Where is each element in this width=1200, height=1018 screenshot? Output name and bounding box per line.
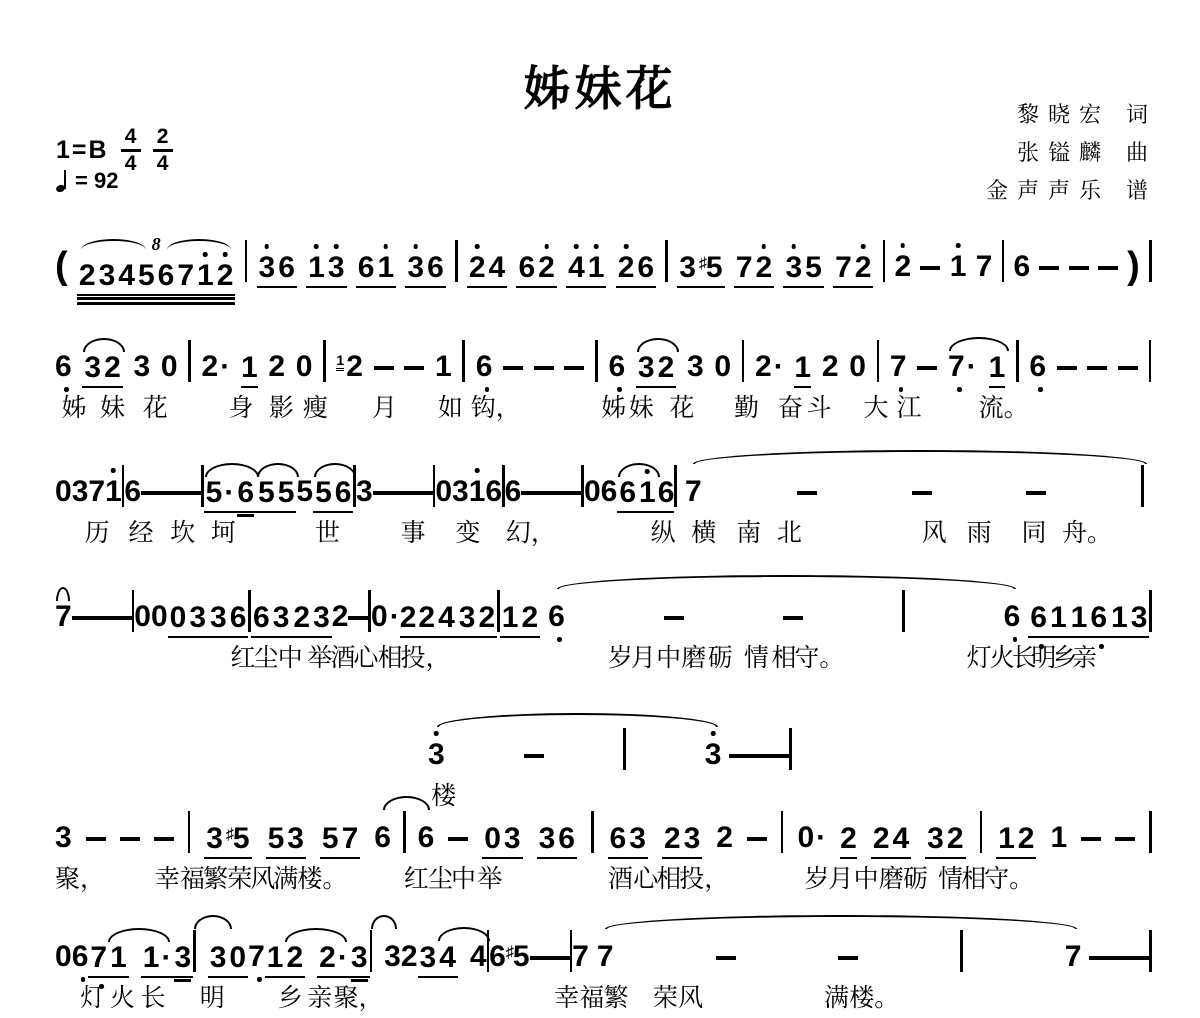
note: 6 (358, 253, 375, 283)
note: 1 (267, 943, 284, 973)
dash-note (521, 491, 541, 495)
note: 1 (197, 261, 214, 291)
dash-note (181, 491, 201, 495)
note: 0 (296, 352, 313, 382)
dash-note (920, 266, 940, 270)
lyric-syllable: 繁 (203, 859, 228, 895)
lyric-syllable: 心 (353, 638, 378, 674)
meter-numerator: 2 (157, 126, 169, 147)
note: 2 (538, 253, 555, 283)
note: 3 (504, 824, 521, 854)
dash-note (797, 491, 817, 495)
note: 7 (685, 477, 702, 507)
barline (781, 811, 784, 853)
note: 5 (296, 477, 313, 507)
beam-group: 32 (636, 353, 676, 388)
lyric-syllable: 中 (278, 638, 303, 674)
lyric-syllable: 坷 (211, 513, 236, 549)
sharp-sign: ♯ (506, 944, 514, 961)
lyric-syllable: 守。 (794, 638, 844, 674)
note: 3 (174, 943, 191, 973)
note: 3 (210, 603, 227, 633)
barline (902, 590, 905, 632)
note: 0· (371, 602, 400, 632)
lyric-syllable: 经 (128, 513, 153, 549)
lyric-syllable: 月 (372, 388, 397, 424)
beam-group: 12 (996, 824, 1036, 859)
lyric-syllable: 举 (307, 638, 332, 674)
music-line-7: 06711·3307122·3323446♯5777灯火长明乡亲聚，幸福繁荣风满… (55, 912, 1152, 1010)
note: 6 (335, 478, 352, 508)
octave-dot-high (265, 244, 270, 249)
lyric-syllable: 舟。 (1062, 513, 1112, 549)
octave-dot-high (413, 244, 418, 249)
lyric-syllable: 坎 (170, 513, 195, 549)
beam-group: 30 (208, 943, 248, 978)
beam-group: 61 (356, 253, 396, 288)
note: 7 (88, 477, 105, 507)
lyric-syllable: 身 (228, 388, 253, 424)
barline (188, 811, 191, 853)
note: 1 (588, 253, 605, 283)
augmentation-dot: · (390, 600, 400, 633)
lyric-syllable: 影 (269, 388, 294, 424)
lyric-syllable: 亲 (1072, 638, 1097, 674)
note: 2 (855, 253, 872, 283)
dash-note (413, 491, 433, 495)
lyric-syllable: 岁 (608, 638, 633, 674)
notation-row: 06711·3307122·3323446♯5777 (55, 912, 1152, 972)
augmentation-dot: · (967, 350, 977, 383)
note: 3 (273, 603, 290, 633)
note: 3 (638, 353, 655, 383)
octave-dot-high (861, 244, 866, 249)
lyric-syllable: 长 (141, 978, 166, 1014)
note: 6 (608, 352, 625, 382)
note: 4 (118, 261, 135, 291)
note: 2 (478, 603, 495, 633)
note: 0 (484, 824, 501, 854)
dash-note (1026, 491, 1046, 495)
beam-group: 23 (291, 603, 331, 638)
beam-group: 2·3 (317, 943, 369, 978)
octave-dot-high (791, 244, 796, 249)
lyric-syllable: 楼。 (297, 859, 347, 895)
dash-note (1129, 956, 1149, 960)
slur-group: 3 (370, 930, 401, 972)
beam-group: 53 (266, 824, 306, 859)
composer-role: 曲 (1126, 140, 1148, 165)
octave-dot-high (762, 244, 767, 249)
slur-group: 61 (617, 478, 657, 507)
key-signature: 1=B (56, 136, 109, 165)
tempo-marking: = 92 (56, 168, 118, 194)
note: 0· (797, 823, 826, 853)
barline (980, 811, 983, 853)
note: 2 (658, 353, 675, 383)
note: 4 (489, 253, 506, 283)
barline (1149, 340, 1152, 382)
note: 0 (435, 477, 452, 507)
note: 7 (835, 253, 852, 283)
lyric-syllable: 姊 (601, 388, 626, 424)
note: 3 (384, 942, 401, 972)
note: 1 (241, 353, 258, 388)
dash-note (729, 754, 749, 758)
note: 0 (229, 943, 246, 973)
lyric-syllable: 风 (922, 513, 947, 549)
lyric-syllable: 红 (404, 859, 429, 895)
dash-note (1115, 837, 1135, 841)
lyric-syllable: 横 (691, 513, 716, 549)
lyric-syllable: 江 (896, 388, 921, 424)
note: 2 (268, 352, 285, 382)
dash-note (917, 366, 937, 370)
lyric-syllable: 花 (669, 388, 694, 424)
note: 1 (435, 352, 452, 382)
lyric-syllable: 大 (863, 388, 888, 424)
note: 7 (597, 942, 614, 972)
dash-note (1118, 366, 1138, 370)
note: 7 (890, 352, 907, 382)
note: 3 (705, 740, 722, 770)
octave-dot-high (711, 731, 716, 736)
beam-group: 24 (871, 824, 911, 859)
note: 1 (989, 353, 1006, 388)
beam-group: 12 (265, 943, 305, 978)
lyrics-row: 红尘中举酒心相投，岁月中磨砺情相守。灯火长明乡亲 (55, 638, 1152, 670)
lyric-syllable: 楼。 (849, 978, 899, 1014)
note: 3 (55, 823, 72, 853)
beam-group: 63 (251, 603, 291, 638)
note: 3 (428, 740, 445, 770)
lyric-syllable: 乡 (278, 978, 303, 1014)
note: 1 (469, 477, 486, 507)
dash-note (141, 491, 161, 495)
note: 1 (1111, 603, 1128, 633)
beam-group: 234567128 (77, 261, 236, 296)
notation-row: 037165·655556303166066167 (55, 447, 1152, 507)
slur-arc (557, 575, 1016, 589)
octave-dot-high (111, 468, 116, 473)
beam-group: 1·3 (141, 943, 193, 978)
music-line-3: 037165·655556303166066167历经坎坷世事变幻，纵横南北风雨… (55, 447, 1152, 545)
lyric-syllable: 幸 (155, 859, 180, 895)
lyric-syllable: 繁 (604, 978, 629, 1014)
key-signature-block: 1=B 4 4 2 4 (56, 126, 173, 174)
music-line-4: 7000336632320·224321266611613红尘中举酒心相投，岁月… (55, 572, 1152, 670)
note: 7 (736, 253, 753, 283)
lyric-syllable: 砺 (903, 859, 928, 895)
credit-composer: 张镒麟曲 (986, 134, 1148, 172)
lyric-syllable: 斗 (806, 388, 831, 424)
dash-note (783, 616, 803, 620)
dash-note (1081, 837, 1101, 841)
barline (245, 240, 248, 282)
note: 3 (84, 353, 101, 383)
note: 3 (459, 603, 476, 633)
barline (1149, 811, 1152, 853)
note: 6 (418, 823, 435, 853)
note: 2 (840, 824, 857, 859)
beam-group: 24 (416, 603, 456, 638)
dash-note (393, 491, 413, 495)
lyric-syllable: 尘 (254, 638, 279, 674)
parenthesis: ( (55, 247, 68, 285)
lyric-syllable: 中 (656, 638, 681, 674)
lyric-syllable: 灯 (967, 638, 992, 674)
beam-group: 32 (457, 603, 497, 638)
beam-group: 56 (313, 478, 353, 513)
octuplet-bracket: 8 (81, 234, 232, 255)
note: 0 (161, 352, 178, 382)
note: 7 (1065, 942, 1082, 972)
note: 2 (947, 824, 964, 854)
lyric-syllable: 如 (438, 388, 463, 424)
lyric-syllable: 风 (678, 978, 703, 1014)
note: 1 (1050, 823, 1067, 853)
lyric-syllable: 奋 (778, 388, 803, 424)
lyricist-name: 黎晓宏 (1017, 102, 1110, 127)
time-signature-2-4: 2 4 (153, 126, 173, 174)
note: 3 (679, 253, 696, 283)
lyric-syllable: 钩， (471, 388, 521, 424)
notator-name: 金声声乐 (986, 178, 1110, 203)
dash-note (348, 616, 368, 620)
meter-denominator: 4 (125, 153, 137, 174)
note: 6 (658, 478, 675, 513)
barline (595, 340, 598, 382)
note: 2· (319, 943, 348, 973)
beam-group: 12 (500, 603, 540, 638)
dash-note (838, 956, 858, 960)
notation-row: 33 (420, 710, 792, 770)
beam-group: 36 (537, 824, 577, 859)
slur-group: 55 (256, 478, 296, 507)
slur-group: 56 (313, 478, 353, 507)
beam-group: 23 (662, 824, 702, 859)
note: 2 (217, 261, 234, 291)
beam-group: 35 (783, 253, 823, 288)
beam-group: 13 (1109, 603, 1149, 638)
note: 1 (639, 478, 656, 508)
notation-row: 33♯55357660336632320·22432121 (55, 793, 1152, 853)
lyric-syllable: 花 (143, 388, 168, 424)
lyric-syllable: 流。 (979, 388, 1029, 424)
note: 2 (716, 823, 733, 853)
barline (1149, 590, 1152, 632)
note: 0 (151, 602, 168, 632)
notation-row: (23456712836136136246241263♯57235722176) (55, 222, 1152, 282)
note: 2 (79, 261, 96, 291)
dash-note (541, 491, 561, 495)
note: 3 (687, 352, 704, 382)
note: 0 (584, 477, 601, 507)
note: 6 (1029, 352, 1046, 382)
octave-dot-high (383, 244, 388, 249)
note: 3 (420, 943, 437, 973)
note: 2 (521, 603, 538, 633)
dash-note (72, 616, 92, 620)
lyric-syllable: 中 (854, 859, 879, 895)
dash-note (154, 837, 174, 841)
note: 3 (259, 253, 276, 283)
note: 1 (308, 253, 325, 283)
note: 3 (328, 253, 345, 283)
note: 2 (469, 253, 486, 283)
slur-group: 32 (636, 353, 676, 382)
octave-dot-high (574, 244, 579, 249)
beam-group: 41 (566, 253, 606, 288)
note: 6 (230, 603, 247, 633)
note: 0 (134, 602, 151, 632)
note: 6 (253, 603, 270, 633)
note: 3 (1131, 603, 1148, 633)
note: 3 (407, 253, 424, 283)
note: 1 (110, 943, 127, 973)
augmentation-dot: · (338, 941, 348, 974)
lyric-syllable: 风 (250, 859, 275, 895)
dash-note (1089, 956, 1109, 960)
note: 5 (315, 478, 332, 508)
note: 12 (336, 352, 362, 382)
slur-group: 66 (374, 811, 434, 853)
note: 6 (1013, 252, 1030, 282)
barline (674, 465, 677, 507)
lyric-syllable: 幸 (554, 978, 579, 1014)
note: 6 (476, 352, 493, 382)
augmentation-dot: · (224, 476, 234, 509)
lyric-syllable: 北 (777, 513, 802, 549)
note: 6 (72, 942, 89, 972)
dash-note (448, 837, 468, 841)
beam-group: 16 (1069, 603, 1109, 638)
dash-note (92, 616, 112, 620)
note: 1 (377, 253, 394, 283)
note: 3 (452, 477, 469, 507)
note: 3 (287, 824, 304, 854)
dash-note (86, 837, 106, 841)
lyric-syllable: 磨 (879, 859, 904, 895)
dash-note (1098, 266, 1118, 270)
beam-group: 36 (405, 253, 445, 288)
octave-dot-high (434, 731, 439, 736)
slur-group: 30 (193, 930, 248, 972)
octave-dot-high (901, 243, 906, 248)
lyric-syllable: 勤 (734, 388, 759, 424)
octave-dot-high (334, 244, 339, 249)
note: 5 (322, 824, 339, 854)
lyric-syllable: 同 (1021, 513, 1046, 549)
lyric-syllable: 情 (744, 638, 769, 674)
dash-note (161, 491, 181, 495)
barline (1016, 340, 1019, 382)
beam-group: 03 (168, 603, 208, 638)
dash-note (664, 616, 684, 620)
note: 2 (822, 352, 839, 382)
beam-group: 34 (418, 943, 458, 978)
lyric-syllable: 中 (451, 859, 476, 895)
slur-arc (693, 450, 1147, 464)
note: 6 (558, 824, 575, 854)
note: 2 (418, 603, 435, 633)
notation-row: 632302·1201216632302·12077·16 (55, 322, 1152, 382)
beam-group: 5·6 (204, 478, 256, 513)
dash-note (1069, 266, 1089, 270)
dash-note (1057, 366, 1077, 370)
note: 3 (133, 352, 150, 382)
slur-arc (257, 463, 299, 477)
slur-group: 32 (82, 353, 122, 382)
lyric-syllable: 相 (656, 859, 681, 895)
dash-note (120, 837, 140, 841)
beam-group: 3♯5 (677, 253, 724, 288)
octave-dot-high (645, 469, 650, 474)
note: 7· (948, 352, 977, 382)
lyric-syllable: 明 (200, 978, 225, 1014)
barline (877, 340, 880, 382)
dash-note (716, 956, 736, 960)
note: 2 (332, 602, 349, 632)
grace-note: 1 (336, 353, 344, 371)
lyric-syllable: 投， (401, 638, 451, 674)
barline (455, 240, 458, 282)
octave-dot-high (475, 244, 480, 249)
lyric-syllable: 酒 (330, 638, 355, 674)
octave-dot-high (314, 244, 319, 249)
dash-note (747, 837, 767, 841)
dash-note (534, 366, 554, 370)
dash-note (374, 366, 394, 370)
lyric-syllable: 幻， (506, 513, 556, 549)
lyric-syllable: 荣 (653, 978, 678, 1014)
dash-note (1087, 366, 1107, 370)
note: 3 (351, 943, 368, 973)
barline (623, 728, 626, 770)
barline (665, 240, 668, 282)
augmentation-dot: · (161, 941, 171, 974)
note: 3 (356, 477, 373, 507)
barline (1141, 465, 1144, 507)
note: 3 (684, 824, 701, 854)
beam-group: 32 (82, 353, 122, 388)
barline (960, 930, 963, 972)
note: 7 (342, 824, 359, 854)
note: 4 (470, 942, 487, 972)
augmentation-dot: · (774, 350, 784, 383)
note: 1 (950, 252, 967, 282)
dash-note (1039, 266, 1059, 270)
note: 3 (629, 824, 646, 854)
music-line-2: 632302·1201216632302·12077·16姊妹花身影瘦月如钩，姊… (55, 322, 1152, 420)
note: 4 (893, 824, 910, 854)
dash-note (524, 754, 544, 758)
lyric-syllable: 历 (85, 513, 110, 549)
note: 2 (873, 824, 890, 854)
slur-arc (438, 927, 490, 941)
note: 2 (286, 943, 303, 973)
note: ♯5 (699, 253, 723, 283)
lyric-syllable: 雨 (967, 513, 992, 549)
note: 3 (99, 261, 116, 291)
beam-group: 62 (516, 253, 556, 288)
note: 6 (619, 478, 636, 508)
note: 2· (755, 352, 784, 382)
note: 6 (278, 253, 295, 283)
composer-name: 张镒麟 (1017, 140, 1110, 165)
note: 1 (502, 603, 519, 633)
slur-arc (108, 928, 170, 942)
